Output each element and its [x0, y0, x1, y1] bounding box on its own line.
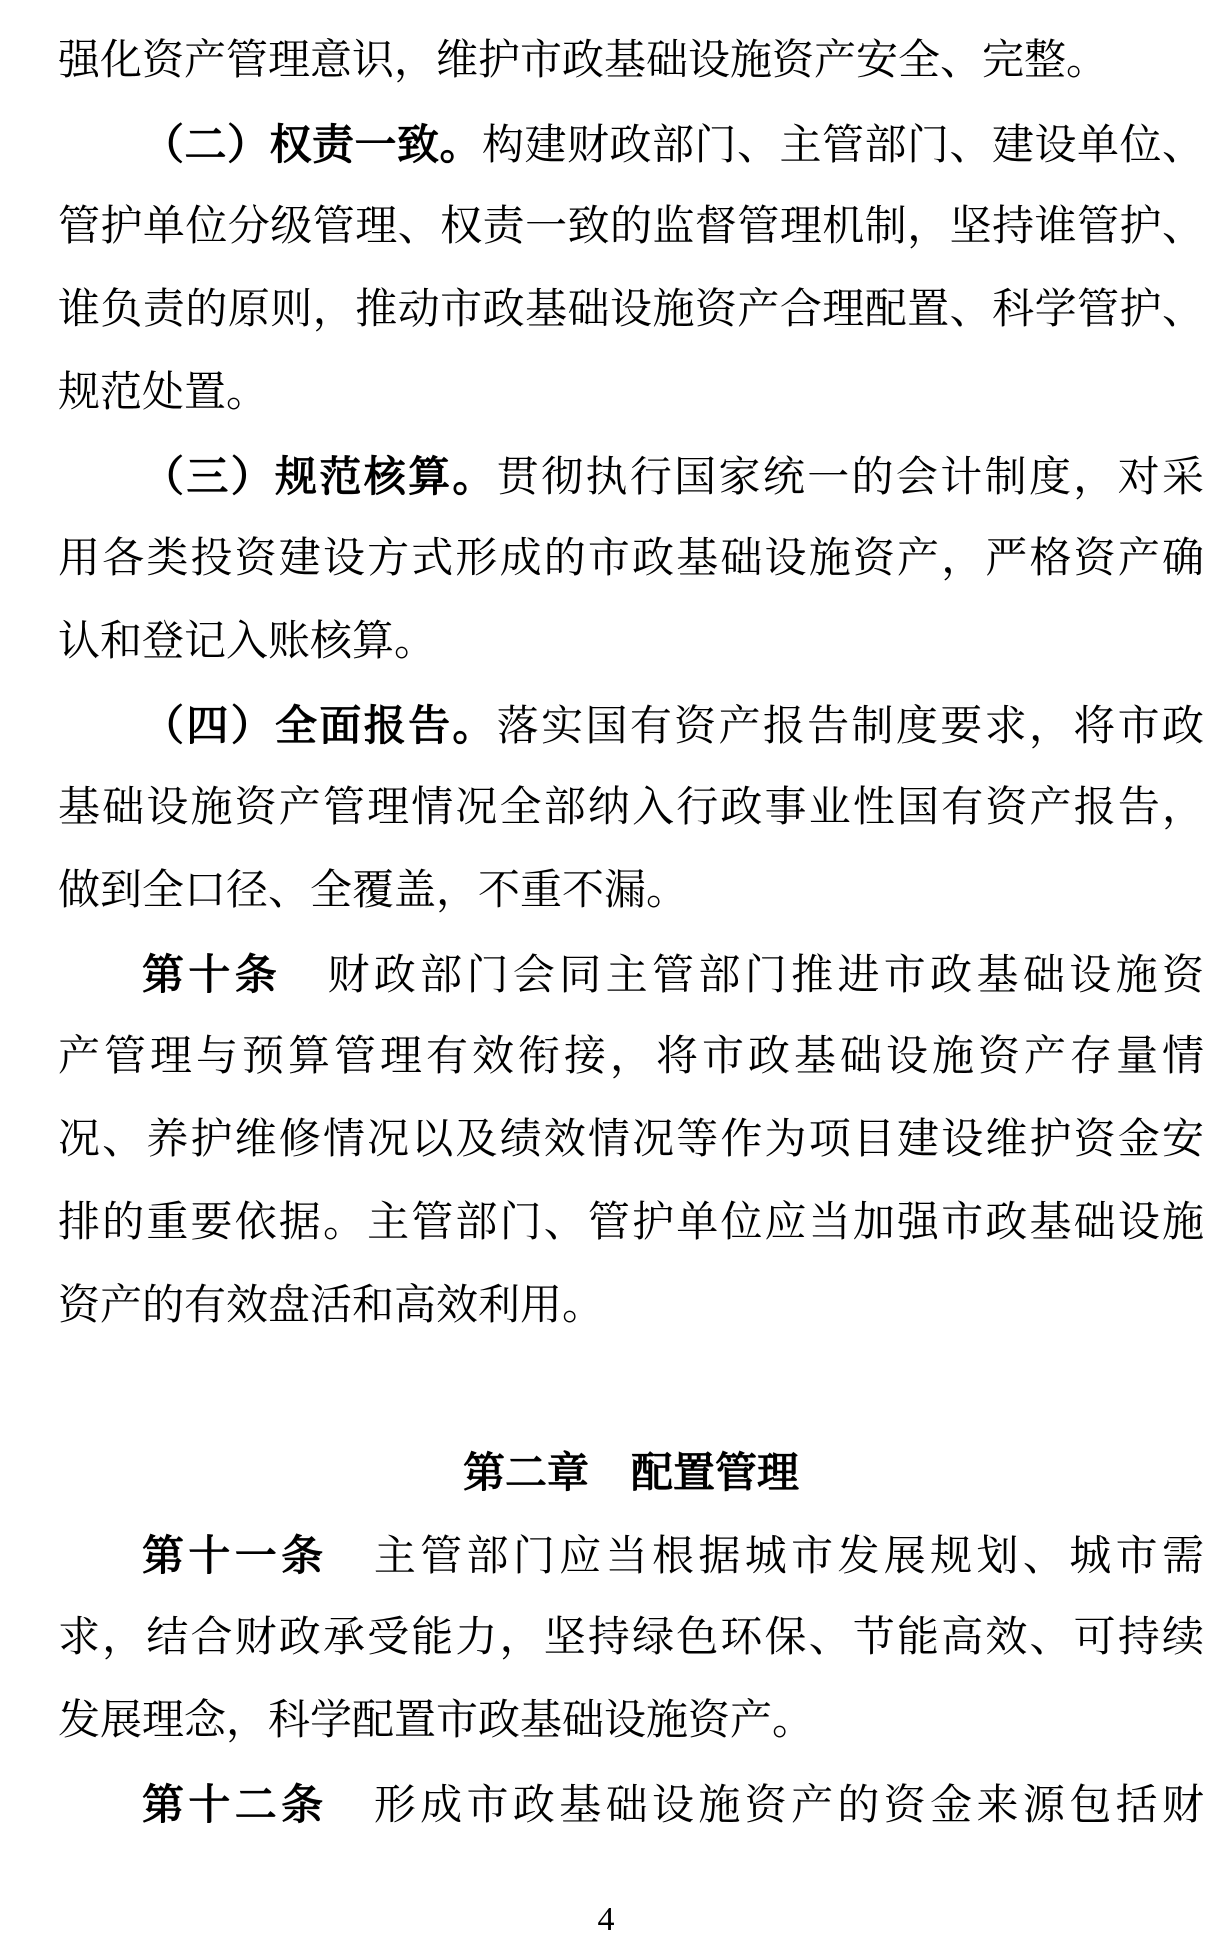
line-text: 规范处置。 [58, 370, 268, 416]
chapter-heading: 第二章 配置管理 [58, 1431, 1204, 1514]
bold-lead: （三）规范核算。 [142, 453, 497, 500]
text-line: 用各类投资建设方式形成的市政基础设施资产，严格资产确 [58, 518, 1204, 601]
line-text: 财政部门会同主管部门推进市政基础设施资 [327, 953, 1204, 999]
text-line: 况、养护维修情况以及绩效情况等作为项目建设维护资金安 [58, 1099, 1204, 1182]
text-line: 做到全口径、全覆盖，不重不漏。 [58, 850, 1204, 933]
line-text: 资产的有效盘活和高效利用。 [58, 1283, 604, 1329]
text-line: 排的重要依据。主管部门、管护单位应当加强市政基础设施 [58, 1182, 1204, 1265]
line-text: 求，结合财政承受能力，坚持绿色环保、节能高效、可持续 [58, 1615, 1204, 1661]
line-text: 强化资产管理意识，维护市政基础设施资产安全、完整。 [58, 38, 1108, 84]
line-text: 产管理与预算管理有效衔接，将市政基础设施资产存量情 [58, 1034, 1204, 1080]
bold-lead: （四）全面报告。 [142, 702, 497, 749]
text-line: 规范处置。 [58, 352, 1204, 435]
text-line: （四）全面报告。落实国有资产报告制度要求，将市政 [58, 684, 1204, 767]
text-line: 谁负责的原则，推动市政基础设施资产合理配置、科学管护、 [58, 269, 1204, 352]
text-line: （三）规范核算。贯彻执行国家统一的会计制度，对采 [58, 435, 1204, 518]
text-line: 认和登记入账核算。 [58, 601, 1204, 684]
text-line: 基础设施资产管理情况全部纳入行政事业性国有资产报告， [58, 767, 1204, 850]
text-line: 产管理与预算管理有效衔接，将市政基础设施资产存量情 [58, 1016, 1204, 1099]
line-text: 发展理念，科学配置市政基础设施资产。 [58, 1698, 814, 1744]
text-line: 发展理念，科学配置市政基础设施资产。 [58, 1680, 1204, 1763]
line-text: 用各类投资建设方式形成的市政基础设施资产，严格资产确 [58, 536, 1204, 582]
text-line: 第十二条 形成市政基础设施资产的资金来源包括财 [58, 1763, 1204, 1846]
line-text: 管护单位分级管理、权责一致的监督管理机制，坚持谁管护、 [58, 204, 1204, 250]
bold-lead: 第十二条 [142, 1781, 374, 1828]
line-text: 谁负责的原则，推动市政基础设施资产合理配置、科学管护、 [58, 287, 1204, 333]
bold-lead: 第十一条 [142, 1532, 374, 1579]
text-line: 第十条 财政部门会同主管部门推进市政基础设施资 [58, 933, 1204, 1016]
line-text: 主管部门应当根据城市发展规划、城市需 [374, 1534, 1204, 1580]
line-text: 基础设施资产管理情况全部纳入行政事业性国有资产报告， [58, 785, 1204, 831]
line-text: 认和登记入账核算。 [58, 619, 436, 665]
bold-lead: 第十条 [142, 951, 327, 998]
line-text: 落实国有资产报告制度要求，将市政 [497, 704, 1204, 750]
line-text: 贯彻执行国家统一的会计制度，对采 [497, 455, 1204, 501]
line-text: 排的重要依据。主管部门、管护单位应当加强市政基础设施 [58, 1200, 1204, 1246]
document-page: 强化资产管理意识，维护市政基础设施资产安全、完整。（二）权责一致。构建财政部门、… [0, 0, 1212, 1957]
text-line: 资产的有效盘活和高效利用。 [58, 1265, 1204, 1348]
line-text: 形成市政基础设施资产的资金来源包括财 [374, 1783, 1204, 1829]
content: 强化资产管理意识，维护市政基础设施资产安全、完整。（二）权责一致。构建财政部门、… [58, 20, 1204, 1846]
text-line: （二）权责一致。构建财政部门、主管部门、建设单位、 [58, 103, 1204, 186]
page-number: 4 [0, 1903, 1212, 1937]
text-line: 第十一条 主管部门应当根据城市发展规划、城市需 [58, 1514, 1204, 1597]
bold-lead: （二）权责一致。 [142, 121, 482, 168]
text-line: 管护单位分级管理、权责一致的监督管理机制，坚持谁管护、 [58, 186, 1204, 269]
line-text: 构建财政部门、主管部门、建设单位、 [482, 123, 1204, 169]
text-line: 求，结合财政承受能力，坚持绿色环保、节能高效、可持续 [58, 1597, 1204, 1680]
text-line: 强化资产管理意识，维护市政基础设施资产安全、完整。 [58, 20, 1204, 103]
line-text: 第二章 配置管理 [463, 1449, 799, 1496]
line-text: 做到全口径、全覆盖，不重不漏。 [58, 868, 688, 914]
line-text: 况、养护维修情况以及绩效情况等作为项目建设维护资金安 [58, 1117, 1204, 1163]
